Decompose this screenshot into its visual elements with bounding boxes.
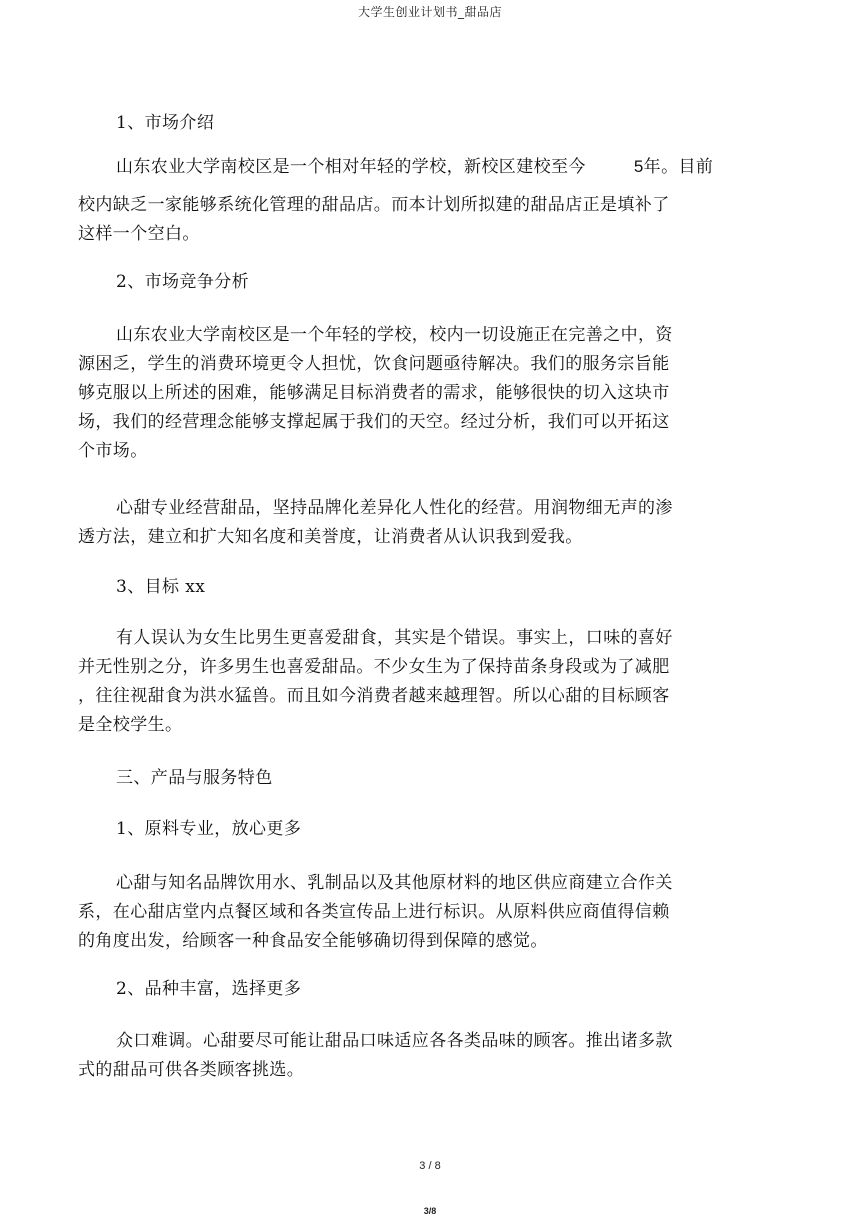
paragraph-line: 场，我们的经营理念能够支撑起属于我们的天空。经过分析，我们可以开拓这 — [78, 408, 728, 437]
paragraph-line: 校内缺乏一家能够系统化管理的甜品店。而本计划所拟建的甜品店正是填补了 — [78, 191, 728, 220]
paragraph-line: 是全校学生。 — [78, 711, 728, 740]
section-heading-target: 3、目标 xx — [78, 573, 766, 602]
years-value: 5 — [634, 157, 644, 176]
section-heading-competition: 2、市场竞争分析 — [78, 268, 766, 297]
paragraph-line: 源困乏，学生的消费环境更令人担忧，饮食问题亟待解决。我们的服务宗旨能 — [78, 350, 728, 379]
paragraph-ingredients: 心甜与知名品牌饮用水、乳制品以及其他原材料的地区供应商建立合作关 系，在心甜店堂… — [78, 869, 728, 956]
paragraph-line: 的角度出发，给顾客一种食品安全能够确切得到保障的感觉。 — [78, 927, 728, 956]
page-number-indicator-small: 3/8 — [0, 1206, 860, 1216]
section-heading-ingredients: 1、原料专业，放心更多 — [78, 815, 766, 844]
paragraph-line: 心甜与知名品牌饮用水、乳制品以及其他原材料的地区供应商建立合作关 — [78, 869, 728, 898]
paragraph-brand-strategy: 心甜专业经营甜品，坚持品牌化差异化人性化的经营。用润物细无声的渗 透方法，建立和… — [78, 494, 728, 552]
paragraph-line: 心甜专业经营甜品，坚持品牌化差异化人性化的经营。用润物细无声的渗 — [78, 494, 728, 523]
paragraph-line: 式的甜品可供各类顾客挑选。 — [78, 1056, 728, 1085]
paragraph-variety: 众口难调。心甜要尽可能让甜品口味适应各各类品味的顾客。推出诸多款 式的甜品可供各… — [78, 1027, 728, 1085]
paragraph-line: 个市场。 — [78, 437, 728, 466]
paragraph-line: 并无性别之分，许多男生也喜爱甜品。不少女生为了保持苗条身段或为了减肥 — [78, 653, 728, 682]
paragraph-target: 有人误认为女生比男生更喜爱甜食，其实是个错误。事实上，口味的喜好 并无性别之分，… — [78, 624, 728, 740]
paragraph-line: 系，在心甜店堂内点餐区域和各类宣传品上进行标识。从原料供应商值得信赖 — [78, 898, 728, 927]
paragraph-line: 这样一个空白。 — [78, 220, 728, 249]
text-segment: 山东农业大学南校区是一个相对年轻的学校，新校区建校至今 — [116, 157, 586, 177]
part-heading-product-service: 三、产品与服务特色 — [78, 764, 766, 793]
paragraph-line: 透方法，建立和扩大知名度和美誉度，让消费者从认识我到爱我。 — [78, 523, 728, 552]
paragraph-line: 够克服以上所述的困难，能够满足目标消费者的需求，能够很快的切入这块市 — [78, 379, 728, 408]
paragraph-market-intro-line1: 山东农业大学南校区是一个相对年轻的学校，新校区建校至今5年。目前 — [78, 152, 766, 182]
page-number-indicator: 3 / 8 — [0, 1160, 860, 1172]
section-heading-market-intro: 1、市场介绍 — [78, 109, 766, 138]
paragraph-line: 有人误认为女生比男生更喜爱甜食，其实是个错误。事实上，口味的喜好 — [78, 624, 728, 653]
text-segment: 年。目前 — [644, 157, 714, 177]
section-heading-variety: 2、品种丰富，选择更多 — [78, 975, 766, 1004]
paragraph-line: ，往往视甜食为洪水猛兽。而且如今消费者越来越理智。所以心甜的目标顾客 — [78, 682, 728, 711]
document-header-title: 大学生创业计划书_甜品店 — [0, 3, 860, 20]
paragraph-line: 众口难调。心甜要尽可能让甜品口味适应各各类品味的顾客。推出诸多款 — [78, 1027, 728, 1056]
paragraph-competition: 山东农业大学南校区是一个年轻的学校，校内一切设施正在完善之中，资 源困乏，学生的… — [78, 321, 728, 466]
paragraph-line: 山东农业大学南校区是一个年轻的学校，校内一切设施正在完善之中，资 — [78, 321, 728, 350]
paragraph-market-intro-rest: 校内缺乏一家能够系统化管理的甜品店。而本计划所拟建的甜品店正是填补了 这样一个空… — [78, 191, 728, 249]
